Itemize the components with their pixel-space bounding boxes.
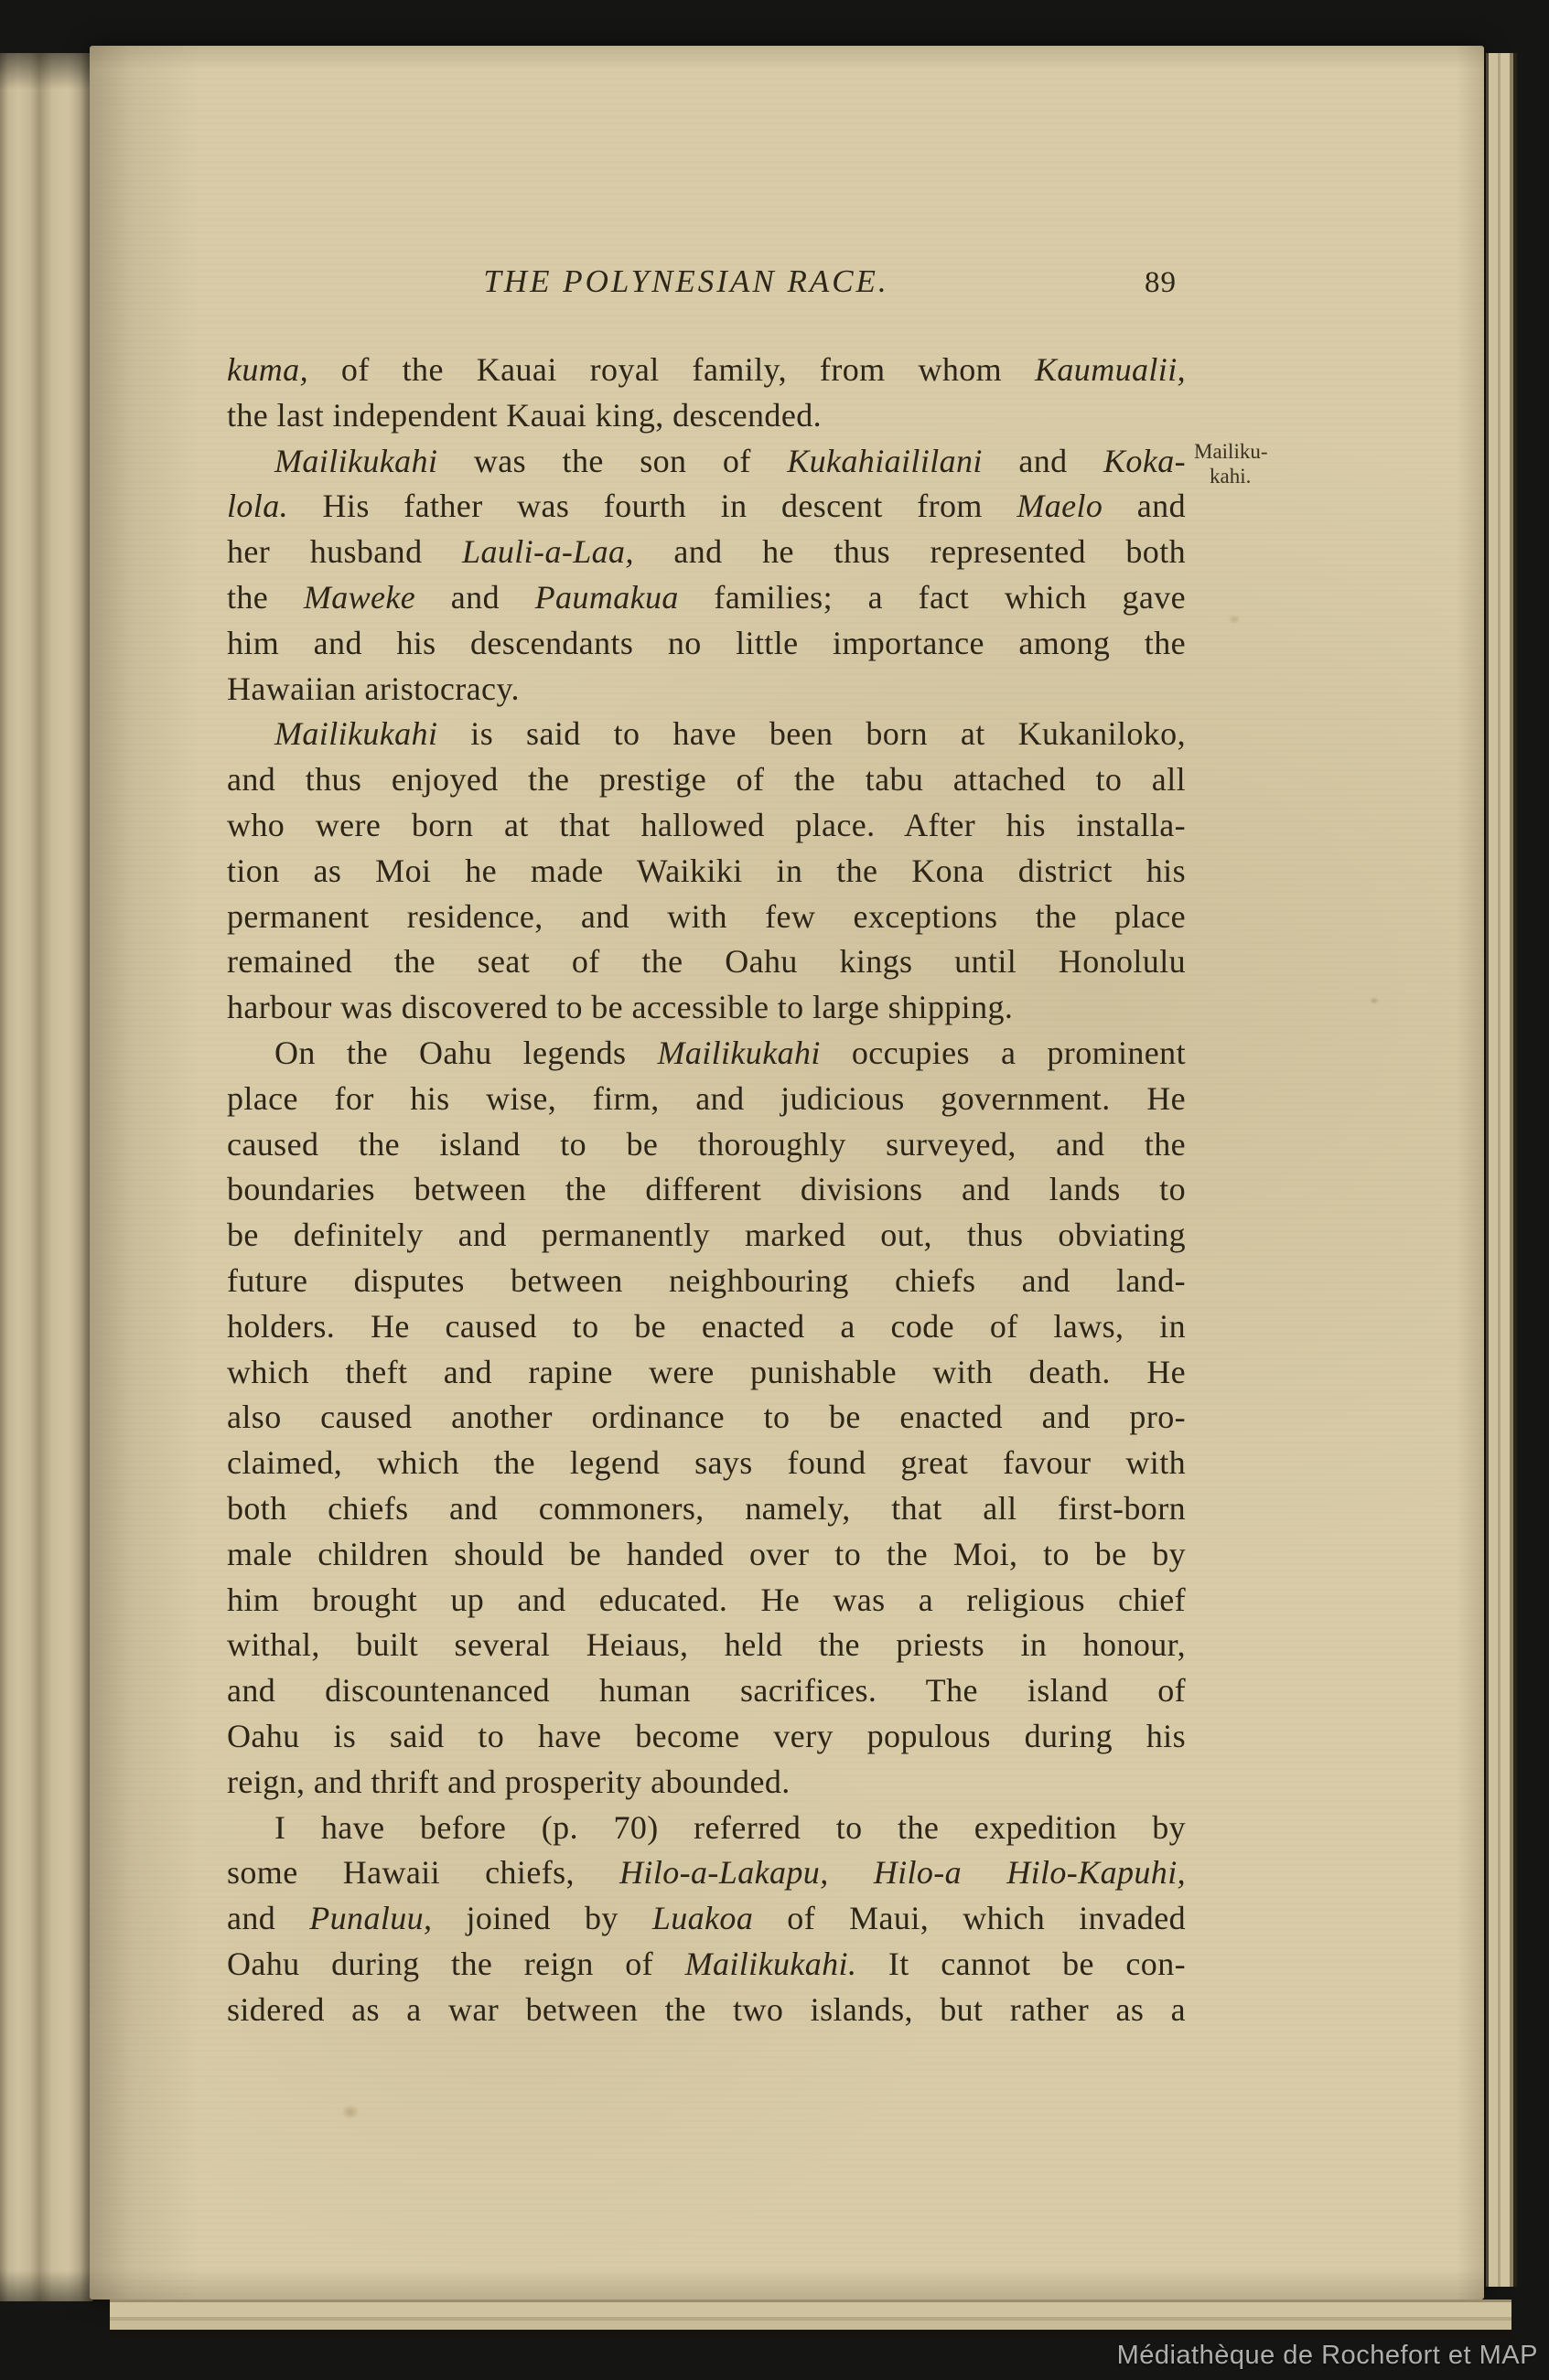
text-line: caused the island to be thoroughly surve…	[227, 1122, 1186, 1168]
library-watermark: Médiathèque de Rochefort et MAP	[1117, 2341, 1538, 2371]
text-line: Mailikukahi is said to have been born at…	[227, 712, 1186, 757]
text-line: lola. His father was fourth in descent f…	[227, 484, 1186, 530]
text-line: sidered as a war between the two islands…	[227, 1988, 1186, 2033]
text-line: him and his descendants no little import…	[227, 621, 1186, 667]
margin-note-line: kahi.	[1194, 464, 1340, 488]
text-line: male children should be handed over to t…	[227, 1532, 1186, 1578]
paper-stain	[1368, 995, 1381, 1006]
text-line: claimed, which the legend says found gre…	[227, 1441, 1186, 1486]
text-line: the last independent Kauai king, descend…	[227, 393, 1186, 439]
text-line: which theft and rapine were punishable w…	[227, 1350, 1186, 1396]
text-line: I have before (p. 70) referred to the ex…	[227, 1806, 1186, 1851]
book-page: THE POLYNESIAN RACE. 89 Mailiku- kahi. k…	[90, 46, 1484, 2300]
running-header: THE POLYNESIAN RACE. 89	[227, 263, 1186, 307]
left-page-edges	[0, 53, 93, 2301]
text-line: tion as Moi he made Waikiki in the Kona …	[227, 849, 1186, 895]
text-line: and thus enjoyed the prestige of the tab…	[227, 757, 1186, 803]
text-line: also caused another ordinance to be enac…	[227, 1395, 1186, 1441]
bottom-page-edges	[110, 2300, 1511, 2338]
page-title: THE POLYNESIAN RACE.	[227, 263, 1186, 300]
body-text: kuma, of the Kauai royal family, from wh…	[227, 348, 1186, 2032]
text-line: both chiefs and commoners, namely, that …	[227, 1486, 1186, 1532]
margin-note: Mailiku- kahi.	[1194, 439, 1340, 488]
text-line: who were born at that hallowed place. Af…	[227, 803, 1186, 849]
margin-note-line: Mailiku-	[1194, 439, 1340, 464]
text-line: remained the seat of the Oahu kings unti…	[227, 939, 1186, 985]
text-line: him brought up and educated. He was a re…	[227, 1578, 1186, 1624]
text-line: place for his wise, firm, and judicious …	[227, 1077, 1186, 1122]
text-line: the Maweke and Paumakua families; a fact…	[227, 575, 1186, 621]
right-page-edges	[1486, 53, 1517, 2287]
paper-stain	[1226, 613, 1242, 626]
page-number: 89	[1145, 266, 1177, 300]
text-line: reign, and thrift and prosperity abounde…	[227, 1760, 1186, 1806]
text-line: some Hawaii chiefs, Hilo-a-Lakapu, Hilo-…	[227, 1850, 1186, 1896]
text-line: withal, built several Heiaus, held the p…	[227, 1623, 1186, 1668]
text-line: kuma, of the Kauai royal family, from wh…	[227, 348, 1186, 393]
text-line: be definitely and permanently marked out…	[227, 1213, 1186, 1259]
text-line: On the Oahu legends Mailikukahi occupies…	[227, 1031, 1186, 1077]
text-line: and Punaluu, joined by Luakoa of Maui, w…	[227, 1896, 1186, 1942]
text-line: harbour was discovered to be accessible …	[227, 985, 1186, 1031]
text-line: Oahu is said to have become very populou…	[227, 1714, 1186, 1760]
text-line: permanent residence, and with few except…	[227, 895, 1186, 940]
text-line: and discountenanced human sacrifices. Th…	[227, 1668, 1186, 1714]
text-line: Hawaiian aristocracy.	[227, 667, 1186, 713]
text-line: holders. He caused to be enacted a code …	[227, 1304, 1186, 1350]
text-line: boundaries between the different divisio…	[227, 1167, 1186, 1213]
text-line: future disputes between neighbouring chi…	[227, 1259, 1186, 1304]
paper-stain	[339, 2102, 362, 2122]
text-line: Oahu during the reign of Mailikukahi. It…	[227, 1942, 1186, 1988]
text-line: Mailikukahi was the son of Kukahiaililan…	[227, 439, 1186, 485]
book-scan: THE POLYNESIAN RACE. 89 Mailiku- kahi. k…	[0, 0, 1549, 2380]
text-line: her husband Lauli-a-Laa, and he thus rep…	[227, 530, 1186, 575]
